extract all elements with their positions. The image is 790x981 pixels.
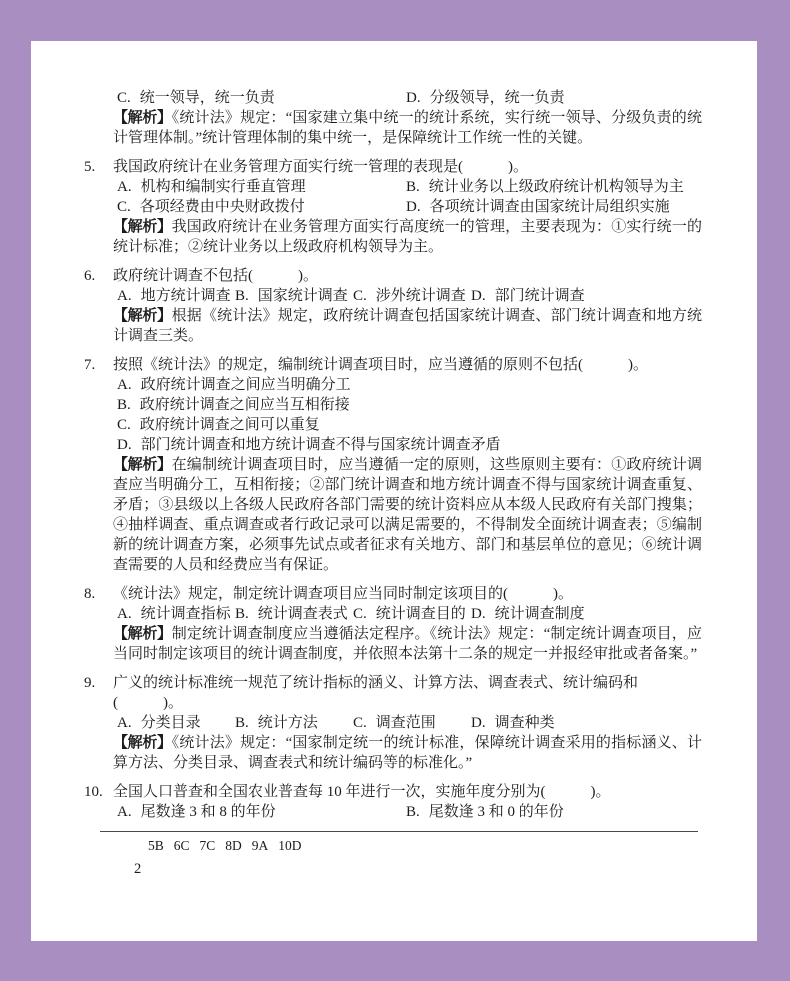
option-text: 分级领导，统一负责 bbox=[430, 90, 565, 106]
option: B.统计调查表式 bbox=[235, 604, 353, 624]
option-label: C. bbox=[117, 417, 131, 433]
answer-key-item: 7C bbox=[200, 838, 216, 854]
analysis-text: 《统计法》规定：“国家制定统一的统计标准，保障统计调查采用的指标涵义、计算方法、… bbox=[113, 735, 702, 771]
answer-key-strip: 5B6C7C8D9A10D bbox=[100, 832, 698, 854]
option-text: 尾数逢 3 和 0 的年份 bbox=[429, 804, 564, 820]
option-text: 统计调查指标 bbox=[141, 606, 231, 622]
option-label: A. bbox=[117, 377, 132, 393]
analysis-paragraph: 【解析】《统计法》规定：“国家制定统一的统计标准，保障统计调查采用的指标涵义、计… bbox=[113, 733, 702, 773]
option: C.涉外统计调查 bbox=[353, 286, 471, 306]
option-label: A. bbox=[117, 606, 132, 622]
option-label: B. bbox=[235, 715, 249, 731]
option-label: C. bbox=[353, 288, 367, 304]
option: B.尾数逢 3 和 0 的年份 bbox=[406, 802, 702, 822]
options-group: A.地方统计调查B.国家统计调查C.涉外统计调查D.部门统计调查 bbox=[113, 286, 702, 306]
question-number: 8. bbox=[84, 584, 95, 604]
question-block: 5.我国政府统计在业务管理方面实行统一管理的表现是( )。A.机构和编制实行垂直… bbox=[113, 157, 702, 257]
question-block: 6.政府统计调查不包括( )。A.地方统计调查B.国家统计调查C.涉外统计调查D… bbox=[113, 266, 702, 346]
analysis-text: 我国政府统计在业务管理方面实行高度统一的管理，主要表现为：①实行统一的统计标准；… bbox=[113, 219, 702, 255]
option-text: 部门统计调查和地方统计调查不得与国家统计调查矛盾 bbox=[141, 437, 501, 453]
question-block: 9.广义的统计标准统一规范了统计指标的涵义、计算方法、调查表式、统计编码和( )… bbox=[113, 673, 702, 773]
answer-key-item: 9A bbox=[252, 838, 269, 854]
option: D.各项统计调查由国家统计局组织实施 bbox=[406, 197, 702, 217]
answer-key-item: 10D bbox=[278, 838, 301, 854]
option-label: D. bbox=[471, 288, 486, 304]
page-footer: 5B6C7C8D9A10D 2 bbox=[100, 831, 698, 878]
option: D.统计调查制度 bbox=[471, 604, 589, 624]
page-number: 2 bbox=[134, 861, 698, 878]
option-label: B. bbox=[235, 288, 249, 304]
option: A.分类目录 bbox=[117, 713, 235, 733]
option-text: 政府统计调查之间应当明确分工 bbox=[141, 377, 351, 393]
options-group: C.统一领导，统一负责D.分级领导，统一负责 bbox=[113, 88, 702, 108]
options-group: A.分类目录B.统计方法C.调查范围D.调查种类 bbox=[113, 713, 702, 733]
option-label: A. bbox=[117, 715, 132, 731]
option-label: B. bbox=[117, 397, 131, 413]
option: C.政府统计调查之间可以重复 bbox=[117, 415, 702, 435]
answer-key-item: 8D bbox=[225, 838, 242, 854]
option-label: D. bbox=[406, 90, 421, 106]
question-block: 10.全国人口普查和全国农业普查每 10 年进行一次，实施年度分别为( )。A.… bbox=[113, 782, 702, 822]
option-text: 分类目录 bbox=[141, 715, 201, 731]
question-stem: 8.《统计法》规定，制定统计调查项目应当同时制定该项目的( )。 bbox=[113, 584, 702, 604]
analysis-text: 《统计法》规定：“国家建立集中统一的统计系统，实行统一领导、分级负责的统计管理体… bbox=[113, 110, 702, 146]
question-number: 10. bbox=[84, 782, 103, 802]
question-block: 7.按照《统计法》的规定，编制统计调查项目时，应当遵循的原则不包括( )。A.政… bbox=[113, 355, 702, 575]
question-stem-text: 我国政府统计在业务管理方面实行统一管理的表现是( )。 bbox=[113, 159, 528, 175]
options-group: A.统计调查指标B.统计调查表式C.统计调查目的D.统计调查制度 bbox=[113, 604, 702, 624]
option-label: C. bbox=[117, 90, 131, 106]
option-label: D. bbox=[406, 199, 421, 215]
question-stem: 9.广义的统计标准统一规范了统计指标的涵义、计算方法、调查表式、统计编码和( )… bbox=[113, 673, 702, 713]
option-text: 部门统计调查 bbox=[495, 288, 585, 304]
question-stem: 7.按照《统计法》的规定，编制统计调查项目时，应当遵循的原则不包括( )。 bbox=[113, 355, 702, 375]
option: C.统一领导，统一负责 bbox=[117, 88, 406, 108]
purple-border-frame: C.统一领导，统一负责D.分级领导，统一负责【解析】《统计法》规定：“国家建立集… bbox=[0, 0, 790, 981]
analysis-paragraph: 【解析】《统计法》规定：“国家建立集中统一的统计系统，实行统一领导、分级负责的统… bbox=[113, 108, 702, 148]
option: C.调查范围 bbox=[353, 713, 471, 733]
option-label: B. bbox=[406, 804, 420, 820]
option-label: A. bbox=[117, 288, 132, 304]
analysis-text: 制定统计调查制度应当遵循法定程序。《统计法》规定：“制定统计调查项目，应当同时制… bbox=[113, 626, 702, 662]
question-stem-text: 全国人口普查和全国农业普查每 10 年进行一次，实施年度分别为( )。 bbox=[113, 784, 611, 800]
book-page: C.统一领导，统一负责D.分级领导，统一负责【解析】《统计法》规定：“国家建立集… bbox=[31, 41, 757, 941]
option: A.机构和编制实行垂直管理 bbox=[117, 177, 406, 197]
question-stem-text: 按照《统计法》的规定，编制统计调查项目时，应当遵循的原则不包括( )。 bbox=[113, 357, 648, 373]
option-text: 调查范围 bbox=[376, 715, 436, 731]
option-text: 各项经费由中央财政拨付 bbox=[140, 199, 305, 215]
option: D.调查种类 bbox=[471, 713, 589, 733]
option-label: A. bbox=[117, 179, 132, 195]
option: A.地方统计调查 bbox=[117, 286, 235, 306]
question-stem: 10.全国人口普查和全国农业普查每 10 年进行一次，实施年度分别为( )。 bbox=[113, 782, 702, 802]
options-group: A.机构和编制实行垂直管理B.统计业务以上级政府统计机构领导为主C.各项经费由中… bbox=[113, 177, 702, 217]
analysis-label: 【解析】 bbox=[113, 456, 172, 473]
question-stem: 6.政府统计调查不包括( )。 bbox=[113, 266, 702, 286]
option-text: 统计业务以上级政府统计机构领导为主 bbox=[429, 179, 684, 195]
option-text: 统一领导，统一负责 bbox=[140, 90, 275, 106]
analysis-label: 【解析】 bbox=[113, 625, 172, 642]
option-text: 政府统计调查之间可以重复 bbox=[140, 417, 320, 433]
option-text: 统计调查制度 bbox=[495, 606, 585, 622]
question-stem-text: 政府统计调查不包括( )。 bbox=[113, 268, 318, 284]
answer-key-item: 6C bbox=[174, 838, 190, 854]
question-stem-text: 广义的统计标准统一规范了统计指标的涵义、计算方法、调查表式、统计编码和( )。 bbox=[113, 675, 638, 711]
question-number: 9. bbox=[84, 673, 95, 693]
question-block: 8.《统计法》规定，制定统计调查项目应当同时制定该项目的( )。A.统计调查指标… bbox=[113, 584, 702, 664]
option: D.部门统计调查和地方统计调查不得与国家统计调查矛盾 bbox=[117, 435, 702, 455]
option-text: 各项统计调查由国家统计局组织实施 bbox=[430, 199, 670, 215]
option: B.国家统计调查 bbox=[235, 286, 353, 306]
question-number: 7. bbox=[84, 355, 95, 375]
analysis-text: 在编制统计调查项目时，应当遵循一定的原则，这些原则主要有：①政府统计调查应当明确… bbox=[113, 457, 702, 573]
option-text: 统计调查目的 bbox=[376, 606, 466, 622]
analysis-label: 【解析】 bbox=[113, 109, 172, 126]
option: A.尾数逢 3 和 8 的年份 bbox=[117, 802, 406, 822]
option-text: 统计调查表式 bbox=[258, 606, 348, 622]
analysis-paragraph: 【解析】根据《统计法》规定，政府统计调查包括国家统计调查、部门统计调查和地方统计… bbox=[113, 306, 702, 346]
option-label: C. bbox=[117, 199, 131, 215]
option-label: A. bbox=[117, 804, 132, 820]
option-text: 涉外统计调查 bbox=[376, 288, 466, 304]
analysis-paragraph: 【解析】制定统计调查制度应当遵循法定程序。《统计法》规定：“制定统计调查项目，应… bbox=[113, 624, 702, 664]
analysis-text: 根据《统计法》规定，政府统计调查包括国家统计调查、部门统计调查和地方统计调查三类… bbox=[113, 308, 702, 344]
analysis-paragraph: 【解析】在编制统计调查项目时，应当遵循一定的原则，这些原则主要有：①政府统计调查… bbox=[113, 455, 702, 575]
option-label: C. bbox=[353, 715, 367, 731]
option-label: D. bbox=[471, 715, 486, 731]
option-text: 调查种类 bbox=[495, 715, 555, 731]
option-text: 政府统计调查之间应当互相衔接 bbox=[140, 397, 350, 413]
option-label: B. bbox=[235, 606, 249, 622]
option-label: B. bbox=[406, 179, 420, 195]
carryover-block: C.统一领导，统一负责D.分级领导，统一负责【解析】《统计法》规定：“国家建立集… bbox=[113, 88, 702, 148]
analysis-label: 【解析】 bbox=[113, 307, 172, 324]
answer-key-item: 5B bbox=[148, 838, 164, 854]
options-group: A.尾数逢 3 和 8 的年份B.尾数逢 3 和 0 的年份 bbox=[113, 802, 702, 822]
question-number: 6. bbox=[84, 266, 95, 286]
option-text: 统计方法 bbox=[258, 715, 318, 731]
analysis-label: 【解析】 bbox=[113, 734, 172, 751]
option: B.统计业务以上级政府统计机构领导为主 bbox=[406, 177, 702, 197]
analysis-label: 【解析】 bbox=[113, 218, 172, 235]
option: A.政府统计调查之间应当明确分工 bbox=[117, 375, 702, 395]
option: D.部门统计调查 bbox=[471, 286, 589, 306]
option-label: D. bbox=[471, 606, 486, 622]
question-list: C.统一领导，统一负责D.分级领导，统一负责【解析】《统计法》规定：“国家建立集… bbox=[113, 88, 702, 822]
options-group: A.政府统计调查之间应当明确分工B.政府统计调查之间应当互相衔接C.政府统计调查… bbox=[113, 375, 702, 455]
option: D.分级领导，统一负责 bbox=[406, 88, 702, 108]
option-text: 机构和编制实行垂直管理 bbox=[141, 179, 306, 195]
analysis-paragraph: 【解析】我国政府统计在业务管理方面实行高度统一的管理，主要表现为：①实行统一的统… bbox=[113, 217, 702, 257]
question-stem-text: 《统计法》规定，制定统计调查项目应当同时制定该项目的( )。 bbox=[113, 586, 573, 602]
option-label: C. bbox=[353, 606, 367, 622]
option-text: 国家统计调查 bbox=[258, 288, 348, 304]
option: C.各项经费由中央财政拨付 bbox=[117, 197, 406, 217]
question-stem: 5.我国政府统计在业务管理方面实行统一管理的表现是( )。 bbox=[113, 157, 702, 177]
option: A.统计调查指标 bbox=[117, 604, 235, 624]
option: B.政府统计调查之间应当互相衔接 bbox=[117, 395, 702, 415]
option-text: 尾数逢 3 和 8 的年份 bbox=[141, 804, 276, 820]
option: C.统计调查目的 bbox=[353, 604, 471, 624]
option: B.统计方法 bbox=[235, 713, 353, 733]
option-label: D. bbox=[117, 437, 132, 453]
question-number: 5. bbox=[84, 157, 95, 177]
option-text: 地方统计调查 bbox=[141, 288, 231, 304]
